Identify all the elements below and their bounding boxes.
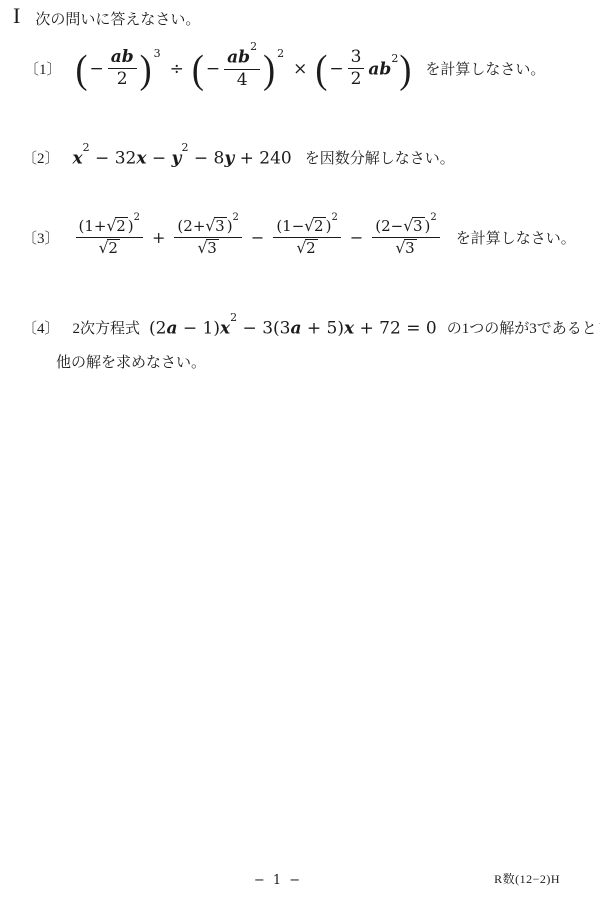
problem-4-formula: (2a − 1)x2 − 3(3a + 5)x + 72 = 0 — [149, 317, 437, 339]
problem-1-formula: ( − ab 2 ) 3 ÷ ( − ab2 4 ) 2 × ( − 3 2 — [75, 47, 413, 91]
problem-2: 〔2〕 x2 − 32x − y2 − 8y + 240 を因数分解しなさい。 — [22, 147, 455, 169]
problem-1: 〔1〕 ( − ab 2 ) 3 ÷ ( − ab2 4 ) 2 × ( − 3 — [24, 47, 545, 91]
radicand: 3 — [412, 217, 425, 234]
math-token: ) — [128, 217, 134, 235]
math-token: (1+ — [79, 217, 107, 235]
fraction-numerator: ab — [108, 48, 137, 70]
square-root: √2 — [304, 217, 325, 236]
fraction-denominator: √3 — [395, 238, 416, 258]
exponent: 2 — [230, 311, 237, 324]
fraction-denominator: 2 — [117, 69, 128, 90]
square-root: √3 — [198, 239, 219, 258]
math-token: − 3(3 — [237, 319, 290, 339]
minus-sign: − — [329, 59, 343, 79]
problem-2-formula: x2 − 32x − y2 − 8y + 240 — [73, 147, 292, 169]
math-token: + 240 — [234, 149, 292, 169]
problem-2-instruction: を因数分解しなさい。 — [305, 147, 455, 168]
problem-4-condition: の1つの解が3であるとき， — [447, 317, 600, 338]
equation: (2a − 1)x2 − 3(3a + 5)x + 72 = 0 — [149, 317, 437, 339]
fraction: 3 2 — [348, 48, 365, 90]
radicand: 2 — [305, 239, 318, 256]
exponent: 2 — [134, 212, 140, 223]
math-variable: ab — [368, 60, 391, 80]
paren-close: ) — [263, 49, 275, 89]
math-token: + 72 = 0 — [354, 319, 437, 339]
exponent: 2 — [277, 47, 284, 60]
minus-sign: − — [350, 228, 363, 247]
radicand: 2 — [107, 239, 120, 256]
fraction-numerator: 3 — [348, 48, 365, 70]
fraction-numerator: ab2 — [224, 47, 260, 70]
fraction-numerator: (2+√3)2 — [174, 217, 242, 238]
exponent: 2 — [83, 141, 90, 154]
math-token: ) — [227, 217, 233, 235]
problem-3-label: 〔3〕 — [22, 227, 60, 248]
math-variable: x — [220, 319, 230, 339]
fraction: ab 2 — [108, 48, 137, 90]
minus-sign: − — [90, 59, 104, 79]
problem-4-intro: 2次方程式 — [73, 317, 141, 338]
section-title: 次の問いに答えなさい。 — [35, 8, 200, 29]
minus-sign: − — [206, 59, 220, 79]
paren-close: ) — [399, 49, 411, 89]
page-number: − 1 − — [0, 873, 556, 888]
fraction-denominator: √3 — [198, 238, 219, 258]
fraction-denominator: √2 — [296, 238, 317, 258]
section-header: I 次の問いに答えなさい。 — [13, 5, 200, 29]
square-root: √2 — [106, 217, 127, 236]
paren-open: ( — [315, 49, 327, 89]
radicand: 3 — [206, 239, 219, 256]
problem-3: 〔3〕 (1+√2)2 √2 + (2+√3)2 √3 − (1−√2)2 √2… — [22, 217, 576, 257]
math-variable: ab — [227, 48, 250, 68]
exponent: 2 — [430, 212, 436, 223]
paren-close: ) — [140, 49, 152, 89]
document-code: R数(12−2)H — [494, 870, 560, 887]
fraction: (1+√2)2 √2 — [76, 217, 144, 257]
math-token: (2− — [375, 217, 403, 235]
math-variable: y — [172, 149, 182, 169]
square-root: √3 — [395, 239, 416, 258]
exponent: 2 — [181, 141, 188, 154]
problem-1-label: 〔1〕 — [24, 58, 62, 79]
problem-3-formula: (1+√2)2 √2 + (2+√3)2 √3 − (1−√2)2 √2 − (… — [73, 217, 443, 257]
fraction-numerator: (1−√2)2 — [273, 217, 341, 238]
radicand: 2 — [313, 217, 326, 234]
problem-2-label: 〔2〕 — [22, 147, 60, 168]
math-token: (2+ — [177, 217, 205, 235]
math-token: + 5) — [301, 319, 344, 339]
problem-4-line2: 他の解を求めなさい。 — [56, 351, 206, 372]
math-variable: y — [224, 149, 234, 169]
plus-sign: + — [152, 228, 165, 247]
paren-open: ( — [76, 49, 88, 89]
divide-sign: ÷ — [170, 59, 184, 79]
minus-sign: − — [251, 228, 264, 247]
square-root: √2 — [296, 239, 317, 258]
exponent: 3 — [154, 47, 161, 60]
problem-1-instruction: を計算しなさい。 — [425, 58, 545, 79]
math-token: (2 — [149, 319, 166, 339]
radicand: 3 — [214, 217, 227, 234]
problem-3-instruction: を計算しなさい。 — [456, 227, 576, 248]
fraction-numerator: (1+√2)2 — [76, 217, 144, 238]
radicand: 3 — [404, 239, 417, 256]
paren-open: ( — [192, 49, 204, 89]
math-token: − 32 — [90, 149, 137, 169]
exponent: 2 — [250, 40, 257, 53]
times-sign: × — [293, 59, 307, 79]
fraction: (2+√3)2 √3 — [174, 217, 242, 257]
exponent: 2 — [391, 52, 398, 65]
section-numeral: I — [13, 5, 20, 27]
math-token: (1− — [276, 217, 304, 235]
math-variable: a — [290, 319, 301, 339]
fraction-denominator: 4 — [237, 70, 248, 91]
exponent: 2 — [331, 212, 337, 223]
exam-page: I 次の問いに答えなさい。 〔1〕 ( − ab 2 ) 3 ÷ ( − ab2… — [0, 0, 600, 900]
square-root: √3 — [403, 217, 424, 236]
math-variable: x — [136, 149, 146, 169]
fraction-numerator: (2−√3)2 — [372, 217, 440, 238]
fraction: ab2 4 — [224, 47, 260, 91]
math-term: ab2 — [368, 58, 398, 80]
fraction: (2−√3)2 √3 — [372, 217, 440, 257]
square-root: √2 — [99, 239, 120, 258]
math-variable: x — [73, 149, 83, 169]
fraction-denominator: 2 — [351, 69, 362, 90]
problem-4: 〔4〕 2次方程式 (2a − 1)x2 − 3(3a + 5)x + 72 =… — [22, 317, 600, 339]
math-token: − — [146, 149, 171, 169]
square-root: √3 — [205, 217, 226, 236]
math-variable: x — [344, 319, 354, 339]
math-variable: a — [166, 319, 177, 339]
math-token: − 1) — [178, 319, 221, 339]
fraction: (1−√2)2 √2 — [273, 217, 341, 257]
radicand: 2 — [115, 217, 128, 234]
fraction-denominator: √2 — [99, 238, 120, 258]
exponent: 2 — [233, 212, 239, 223]
problem-4-label: 〔4〕 — [22, 317, 60, 338]
math-token: − 8 — [188, 149, 224, 169]
